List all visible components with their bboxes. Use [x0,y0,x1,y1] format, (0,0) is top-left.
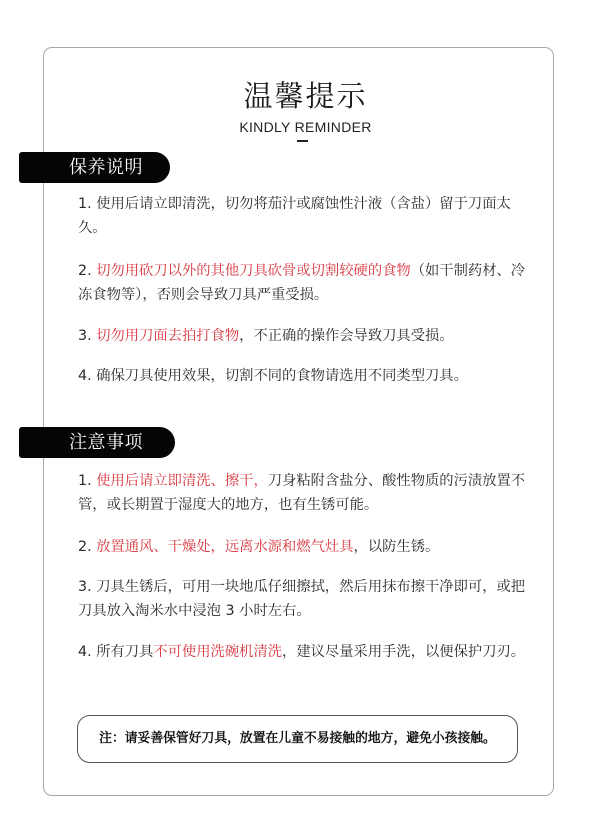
item-number: 2. [78,263,96,279]
item-number: 3. [78,579,96,595]
item-text: 使用后请立即清洗，切勿将茄汁或腐蚀性汁液（含盐）留于刀面太久。 [78,196,511,236]
precaution-item-3: 3. 刀具生锈后，可用一块地瓜仔细擦拭，然后用抹布擦干净即可，或把刀具放入淘米水… [78,576,530,623]
item-number: 1. [78,473,96,489]
item-warning-text: 不可使用洗碗机清洗 [153,644,282,660]
item-warning-text: 切勿用刀面去拍打食物 [96,328,239,344]
item-number: 2. [78,539,96,555]
maintenance-item-2: 2. 切勿用砍刀以外的其他刀具砍骨或切割较硬的食物（如干制药材、冷冻食物等），否… [78,260,530,307]
item-text: ，不正确的操作会导致刀具受损。 [239,328,453,344]
title-divider [297,140,308,142]
item-text: 所有刀具 [96,644,153,660]
item-text: 确保刀具使用效果，切割不同的食物请选用不同类型刀具。 [96,368,468,384]
maintenance-item-3: 3. 切勿用刀面去拍打食物，不正确的操作会导致刀具受损。 [78,325,530,349]
section-heading-maintenance: 保养说明 [19,152,170,183]
item-number: 4. [78,368,96,384]
page-subtitle: KINDLY REMINDER [0,119,611,135]
item-text: ，以防生锈。 [354,539,440,555]
safety-note: 注：请妥善保管好刀具，放置在儿童不易接触的地方，避免小孩接触。 [77,715,518,763]
item-text: 刀具生锈后，可用一块地瓜仔细擦拭，然后用抹布擦干净即可，或把刀具放入淘米水中浸泡… [78,579,525,619]
item-number: 3. [78,328,96,344]
item-warning-text: 放置通风、干燥处，远离水源和燃气灶具 [96,539,353,555]
item-number: 4. [78,644,96,660]
item-warning-text: 切勿用砍刀以外的其他刀具砍骨或切割较硬的食物 [96,263,411,279]
maintenance-item-4: 4. 确保刀具使用效果，切割不同的食物请选用不同类型刀具。 [78,365,548,389]
section-heading-precautions: 注意事项 [19,427,175,458]
maintenance-item-1: 1. 使用后请立即清洗，切勿将茄汁或腐蚀性汁液（含盐）留于刀面太久。 [78,193,530,240]
precaution-item-1: 1. 使用后请立即清洗、擦干，刀身粘附含盐分、酸性物质的污渍放置不管，或长期置于… [78,470,530,517]
page-title: 温馨提示 [0,78,611,114]
item-warning-text: 使用后请立即清洗、擦干， [96,473,268,489]
precaution-item-4: 4. 所有刀具不可使用洗碗机清洗，建议尽量采用手洗，以便保护刀刃。 [78,641,530,665]
item-text: ，建议尽量采用手洗，以便保护刀刃。 [282,644,525,660]
precaution-item-2: 2. 放置通风、干燥处，远离水源和燃气灶具，以防生锈。 [78,536,530,560]
item-number: 1. [78,196,96,212]
